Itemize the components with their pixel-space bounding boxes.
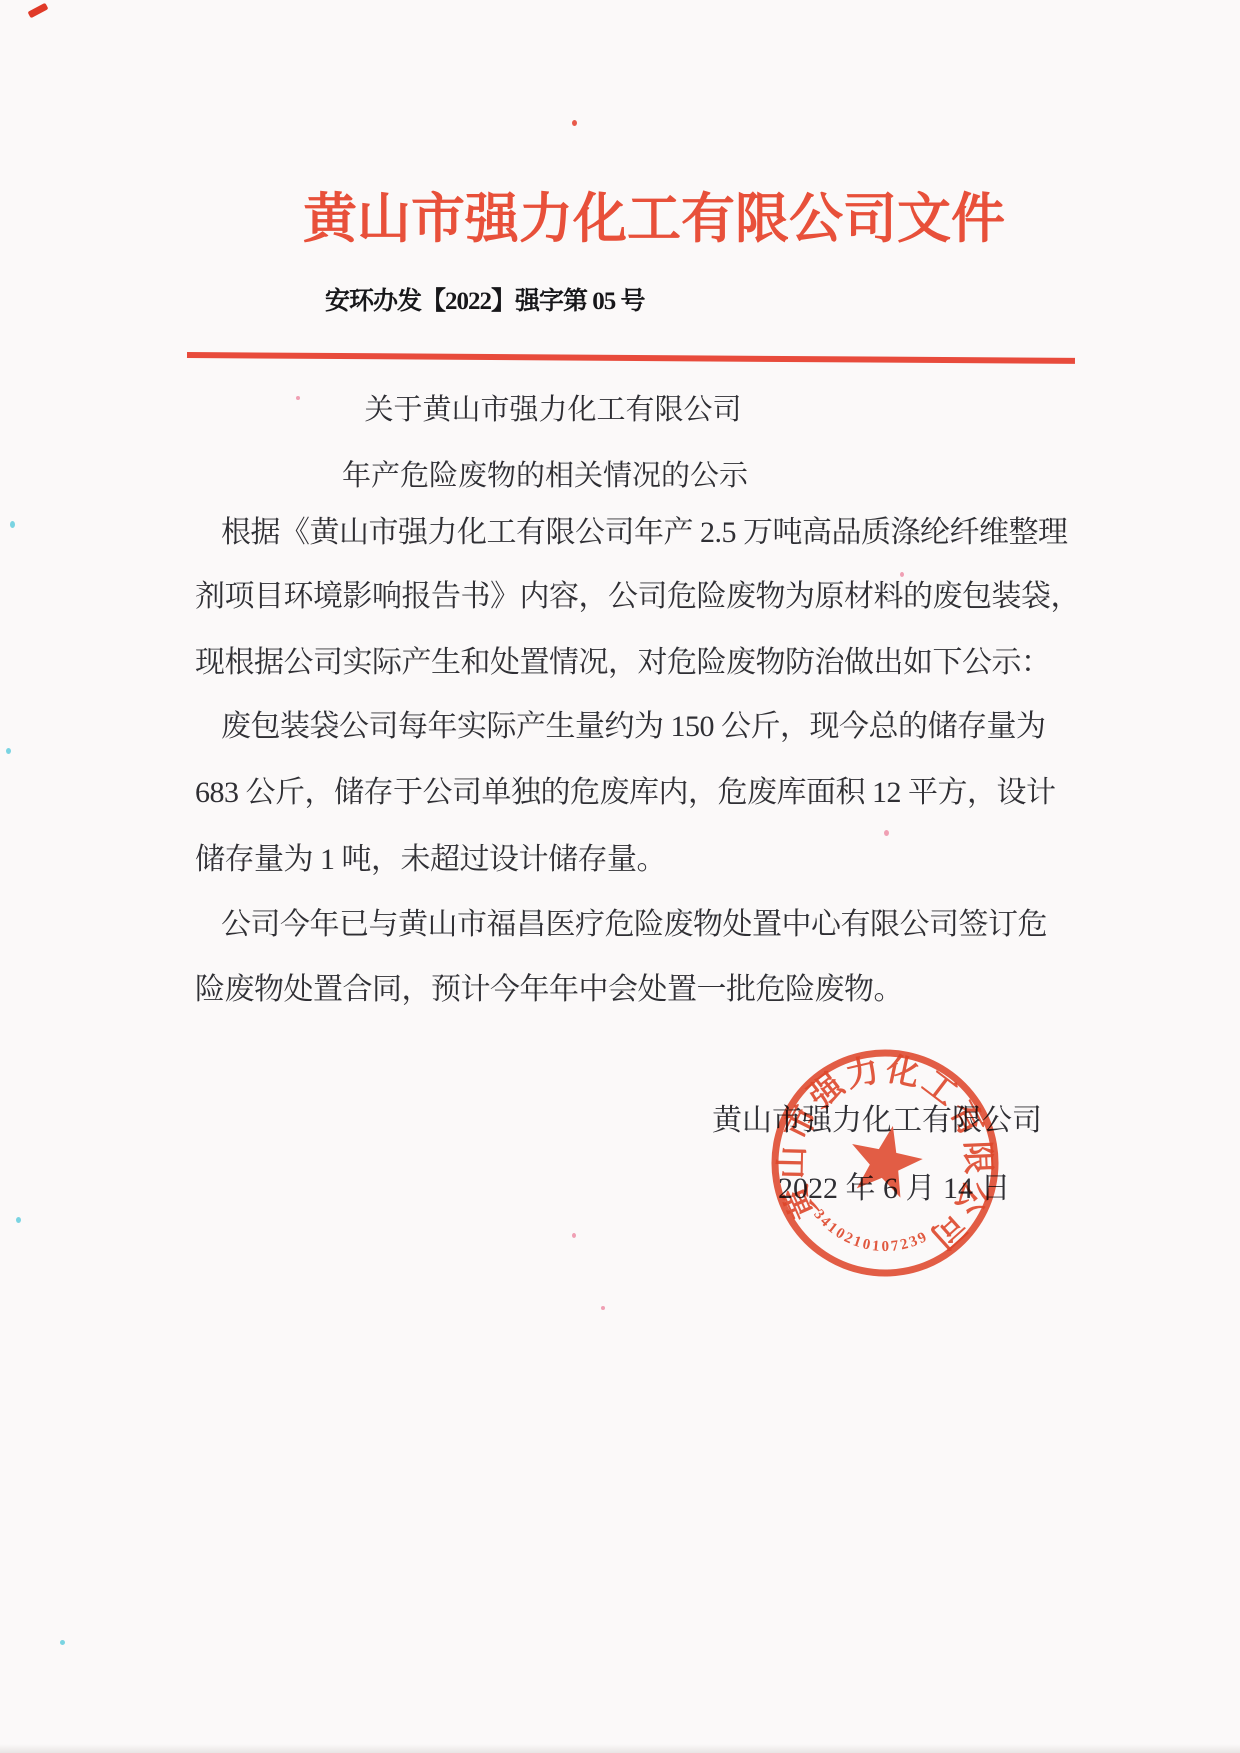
scan-speck xyxy=(900,572,904,577)
subject-line-1: 关于黄山市强力化工有限公司 xyxy=(364,390,741,430)
scan-speck xyxy=(572,120,577,126)
body-text-line: 废包装袋公司每年实际产生量约为 150 公斤，现今总的储存量为 xyxy=(221,705,1046,749)
red-divider-rule xyxy=(187,352,1075,364)
scan-corner-mark xyxy=(28,3,49,19)
scan-speck xyxy=(16,1217,21,1223)
body-text-line: 储存量为 1 吨，未超过设计储存量。 xyxy=(195,838,666,882)
body-text-line: 剂项目环境影响报告书》内容，公司危险废物为原材料的废包装袋， xyxy=(195,575,1080,619)
document-number: 安环办发【2022】强字第 05 号 xyxy=(325,285,645,319)
body-text-line: 险废物处置合同，预计今年年中会处置一批危险废物。 xyxy=(195,968,903,1012)
scan-speck xyxy=(572,1233,576,1238)
seal-graphic: 黄山市强力化工有限公司 3410210107239 xyxy=(743,1021,1028,1306)
scan-speck xyxy=(884,830,889,836)
body-text-line: 公司今年已与黄山市福昌医疗危险废物处置中心有限公司签订危 xyxy=(221,903,1047,947)
scanned-document-page: { "header": { "title": "黄山市强力化工有限公司文件", … xyxy=(0,0,1240,1753)
seal-star-icon xyxy=(843,1118,928,1200)
scan-edge-shadow xyxy=(0,1744,1240,1753)
scan-speck xyxy=(6,748,11,754)
scan-speck xyxy=(296,396,300,400)
scan-speck xyxy=(60,1640,65,1645)
body-text-line: 现根据公司实际产生和处置情况，对危险废物防治做出如下公示： xyxy=(195,641,1051,685)
subject-line-2: 年产危险废物的相关情况的公示 xyxy=(342,456,748,496)
company-seal-stamp: 黄山市强力化工有限公司 3410210107239 xyxy=(743,1021,1028,1306)
document-title: 黄山市强力化工有限公司文件 xyxy=(303,188,1005,250)
scan-speck xyxy=(601,1306,605,1310)
body-text-line: 683 公斤，储存于公司单独的危废库内，危废库面积 12 平方，设计 xyxy=(195,771,1056,815)
scan-speck xyxy=(10,521,15,528)
body-text-line: 根据《黄山市强力化工有限公司年产 2.5 万吨高品质涤纶纤维整理 xyxy=(221,511,1068,555)
